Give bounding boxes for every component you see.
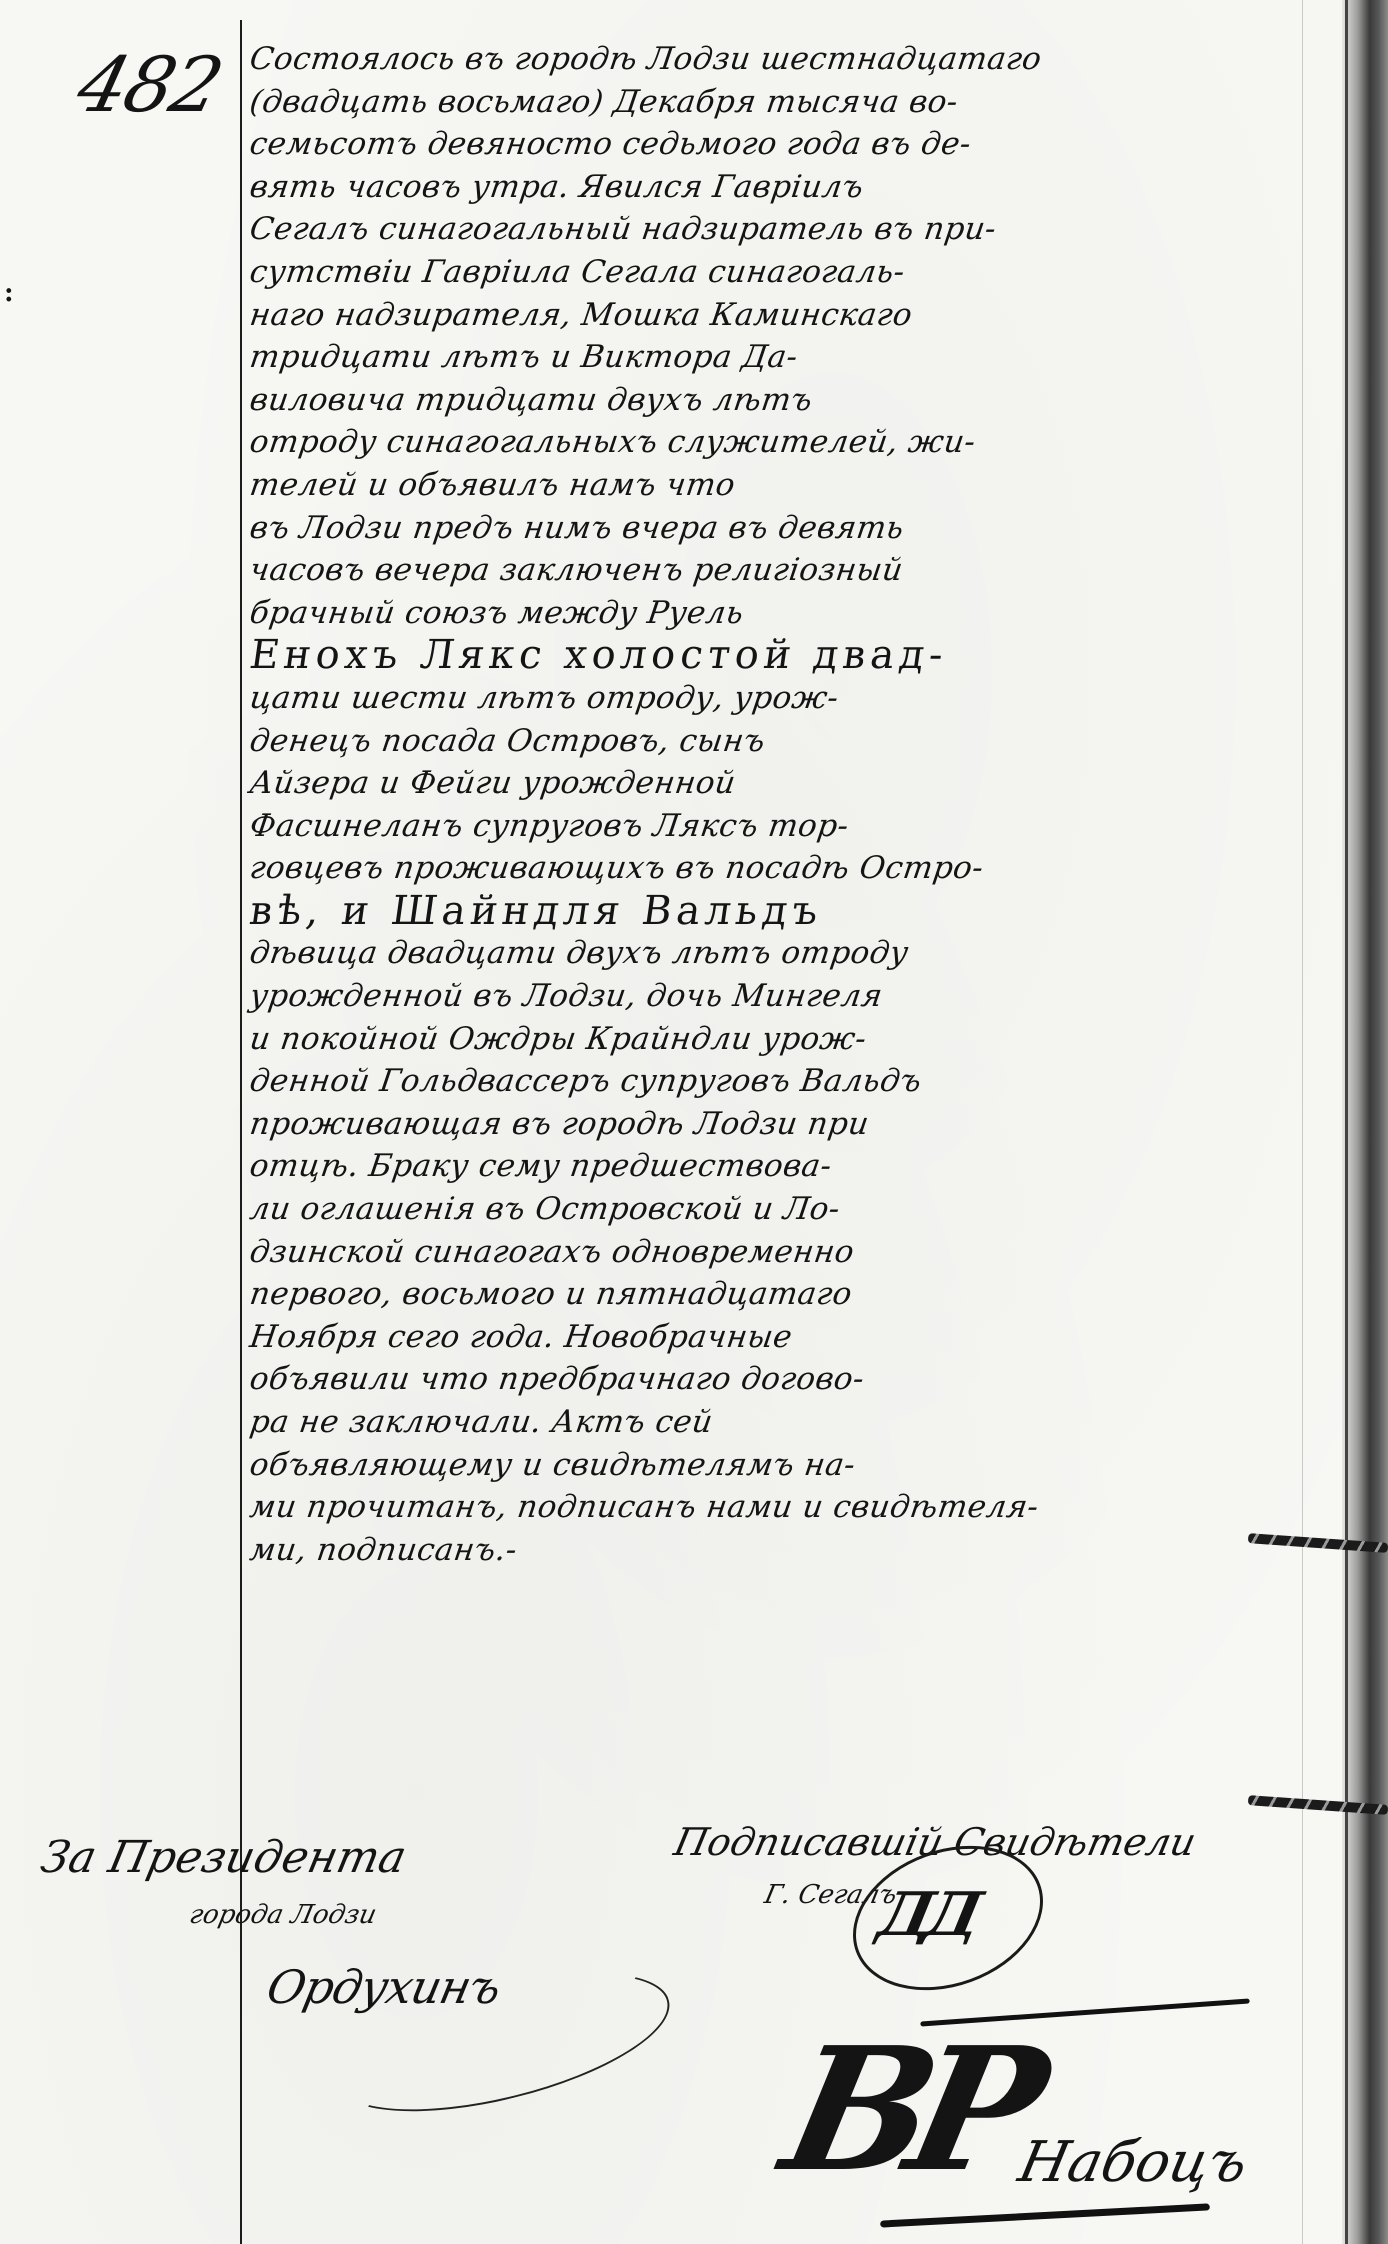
record-line-groom: Енохъ Лякс холостой двад- <box>247 634 1313 677</box>
record-line: часовъ вечера заключенъ религіозный <box>247 549 1313 592</box>
record-line: Состоялось въ городѣ Лодзи шестнадцатаго <box>247 38 1313 81</box>
record-line: (двадцать восьмаго) Декабря тысяча во- <box>247 81 1313 124</box>
record-line: Айзера и Фейги урожденной <box>247 762 1313 805</box>
record-line: денецъ посада Островъ, сынъ <box>247 720 1313 763</box>
page-binding-edge <box>1342 0 1388 2244</box>
record-line: отроду синагогальныхъ служителей, жи- <box>247 421 1313 464</box>
record-line: брачный союзъ между Руель <box>247 592 1313 635</box>
record-line: телей и объявилъ намъ что <box>247 464 1313 507</box>
record-line: проживающая въ городѣ Лодзи при <box>247 1103 1313 1146</box>
record-line: цати шести лѣтъ отроду, урож- <box>247 677 1313 720</box>
record-line: ми прочитанъ, подписанъ нами и свидѣтеля… <box>247 1486 1313 1529</box>
official-signature-surname: Набоцъ <box>1013 2130 1253 2195</box>
record-line: Сегалъ синагогальный надзиратель въ при- <box>247 208 1313 251</box>
record-line: денной Гольдвассеръ супруговъ Вальдъ <box>247 1060 1313 1103</box>
record-line: Фасшнеланъ супруговъ Ляксъ тор- <box>247 805 1313 848</box>
record-line: и покойной Ождры Крайндли урож- <box>247 1018 1313 1061</box>
record-line: дѣвица двадцати двухъ лѣтъ отроду <box>247 932 1313 975</box>
record-line: Ноября сего года. Новобрачные <box>247 1316 1313 1359</box>
president-sublabel: города Лодзи <box>187 1900 379 1930</box>
record-line: сутствіи Гавріила Сегала синагогаль- <box>247 251 1313 294</box>
record-line: говцевъ проживающихъ въ посадѣ Остро- <box>247 847 1313 890</box>
record-line: виловича тридцати двухъ лѣтъ <box>247 379 1313 422</box>
record-line: объявляющему и свидѣтелямъ на- <box>247 1444 1313 1487</box>
record-line: ли оглашенія въ Островской и Ло- <box>247 1188 1313 1231</box>
record-line: урожденной въ Лодзи, дочь Мингеля <box>247 975 1313 1018</box>
margin-dot-marks: : <box>4 288 14 298</box>
record-line: вять часовъ утра. Явился Гавріилъ <box>247 166 1313 209</box>
binding-shadow-line <box>1345 0 1348 2244</box>
witness-signature: ДД <box>873 1880 983 1950</box>
record-line: объявили что предбрачнаго догово- <box>247 1358 1313 1401</box>
record-line: ра не заключали. Актъ сей <box>247 1401 1313 1444</box>
groom-name: Енохъ Лякс холостой двад- <box>247 632 951 678</box>
record-line: семьсотъ девяносто седьмого года въ де- <box>247 123 1313 166</box>
bride-name: вѣ, и Шайндля Вальдъ <box>247 888 826 934</box>
record-line-bride: вѣ, и Шайндля Вальдъ <box>247 890 1313 933</box>
record-line: тридцати лѣтъ и Виктора Да- <box>247 336 1313 379</box>
record-line: въ Лодзи предъ нимъ вчера въ девять <box>247 507 1313 550</box>
president-label: За Президента <box>37 1832 411 1883</box>
record-body: Состоялось въ городѣ Лодзи шестнадцатаго… <box>250 38 1310 1571</box>
record-line: дзинской синагогахъ одновременно <box>247 1231 1313 1274</box>
record-line: наго надзирателя, Мошка Каминскаго <box>247 294 1313 337</box>
official-signature-initials: ВР <box>769 2010 1043 2210</box>
entry-number: 482 <box>69 40 230 129</box>
record-line: отцѣ. Браку сему предшествова- <box>247 1145 1313 1188</box>
record-line: ми, подписанъ.- <box>247 1529 1313 1572</box>
record-line: первого, восьмого и пятнадцатаго <box>247 1273 1313 1316</box>
